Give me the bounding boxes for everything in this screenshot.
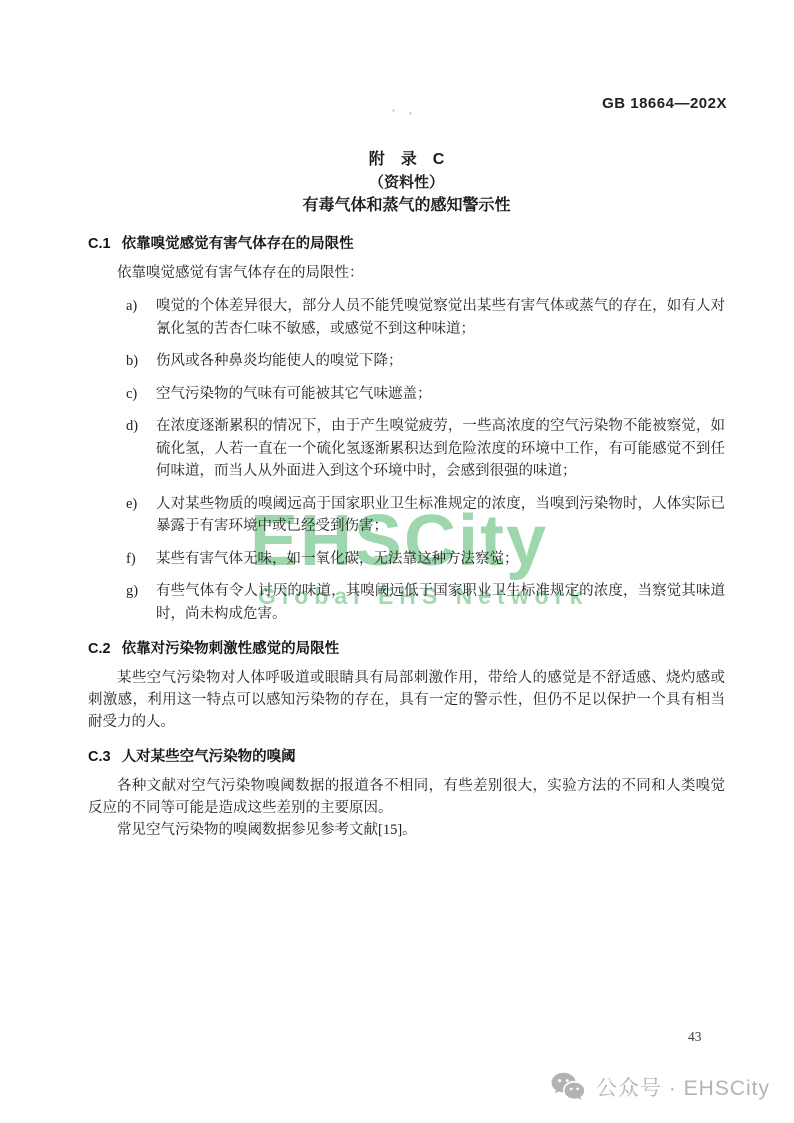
list-item-text: 嗅觉的个体差异很大，部分人员不能凭嗅觉察觉出某些有害气体或蒸气的存在，如有人对氰… (156, 295, 725, 340)
section-number: C.2 (88, 641, 111, 657)
section-title: 人对某些空气污染物的嗅阈 (122, 749, 296, 765)
list-item-text: 有些气体有令人讨厌的味道，其嗅阈远低于国家职业卫生标准规定的浓度，当察觉其味道时… (156, 580, 725, 625)
wechat-icon (551, 1072, 587, 1102)
list-item: e) 人对某些物质的嗅阈远高于国家职业卫生标准规定的浓度，当嗅到污染物时，人体实… (126, 493, 725, 538)
list-item: d) 在浓度逐渐累积的情况下，由于产生嗅觉疲劳，一些高浓度的空气污染物不能被察觉… (126, 415, 725, 483)
section-number: C.1 (88, 236, 111, 252)
limitations-list: a) 嗅觉的个体差异很大，部分人员不能凭嗅觉察觉出某些有害气体或蒸气的存在，如有… (88, 295, 725, 625)
list-item: c) 空气污染物的气味有可能被其它气味遮盖； (126, 383, 725, 406)
list-item-marker: g) (126, 580, 156, 625)
scan-artifact-dot (392, 109, 395, 112)
list-item: a) 嗅觉的个体差异很大，部分人员不能凭嗅觉察觉出某些有害气体或蒸气的存在，如有… (126, 295, 725, 340)
section-c2-heading: C.2依靠对污染物刺激性感觉的局限性 (88, 639, 725, 659)
list-item-marker: e) (126, 493, 156, 538)
list-item-marker: c) (126, 383, 156, 406)
list-item-text: 伤风或各种鼻炎均能使人的嗅觉下降； (156, 350, 725, 373)
doc-number: GB 18664—202X (602, 95, 727, 112)
section-title: 依靠对污染物刺激性感觉的局限性 (122, 641, 340, 657)
section-c3: C.3人对某些空气污染物的嗅阈 各种文献对空气污染物嗅阈数据的报道各不相同，有些… (88, 747, 725, 841)
list-item-marker: b) (126, 350, 156, 373)
section-c3-heading: C.3人对某些空气污染物的嗅阈 (88, 747, 725, 767)
list-item: f) 某些有害气体无味，如一氧化碳，无法靠这种方法察觉； (126, 548, 725, 571)
appendix-title-line1: 附 录 C (88, 148, 725, 171)
section-c1-heading: C.1依靠嗅觉感觉有害气体存在的局限性 (88, 234, 725, 254)
section-c3-paragraph-1: 各种文献对空气污染物嗅阈数据的报道各不相同，有些差别很大，实验方法的不同和人类嗅… (88, 775, 725, 819)
list-item-marker: d) (126, 415, 156, 483)
list-item: b) 伤风或各种鼻炎均能使人的嗅觉下降； (126, 350, 725, 373)
list-item-text: 在浓度逐渐累积的情况下，由于产生嗅觉疲劳，一些高浓度的空气污染物不能被察觉，如硫… (156, 415, 725, 483)
section-c2-paragraph: 某些空气污染物对人体呼吸道或眼睛具有局部刺激作用，带给人的感觉是不舒适感、烧灼感… (88, 667, 725, 733)
document-body: 附 录 C （资料性） 有毒气体和蒸气的感知警示性 C.1依靠嗅觉感觉有害气体存… (88, 148, 725, 841)
list-item-text: 空气污染物的气味有可能被其它气味遮盖； (156, 383, 725, 406)
scan-artifact-dot (409, 112, 412, 115)
list-item-marker: f) (126, 548, 156, 571)
page-number: 43 (688, 1029, 702, 1045)
section-number: C.3 (88, 749, 111, 765)
section-title: 依靠嗅觉感觉有害气体存在的局限性 (122, 236, 354, 252)
section-c2: C.2依靠对污染物刺激性感觉的局限性 某些空气污染物对人体呼吸道或眼睛具有局部刺… (88, 639, 725, 733)
appendix-title-line3: 有毒气体和蒸气的感知警示性 (88, 194, 725, 217)
footer-brand-label: 公众号 · EHSCity (596, 1072, 770, 1102)
list-item-text: 某些有害气体无味，如一氧化碳，无法靠这种方法察觉； (156, 548, 725, 571)
section-c3-paragraph-2: 常见空气污染物的嗅阈数据参见参考文献[15]。 (88, 819, 725, 841)
section-c1: C.1依靠嗅觉感觉有害气体存在的局限性 依靠嗅觉感觉有害气体存在的局限性： a)… (88, 234, 725, 625)
list-item-marker: a) (126, 295, 156, 340)
appendix-title-line2: （资料性） (88, 171, 725, 194)
footer-brand: 公众号 · EHSCity (551, 1072, 770, 1102)
section-c1-intro: 依靠嗅觉感觉有害气体存在的局限性： (88, 262, 725, 284)
list-item-text: 人对某些物质的嗅阈远高于国家职业卫生标准规定的浓度，当嗅到污染物时，人体实际已暴… (156, 493, 725, 538)
appendix-title: 附 录 C （资料性） 有毒气体和蒸气的感知警示性 (88, 148, 725, 217)
list-item: g) 有些气体有令人讨厌的味道，其嗅阈远低于国家职业卫生标准规定的浓度，当察觉其… (126, 580, 725, 625)
